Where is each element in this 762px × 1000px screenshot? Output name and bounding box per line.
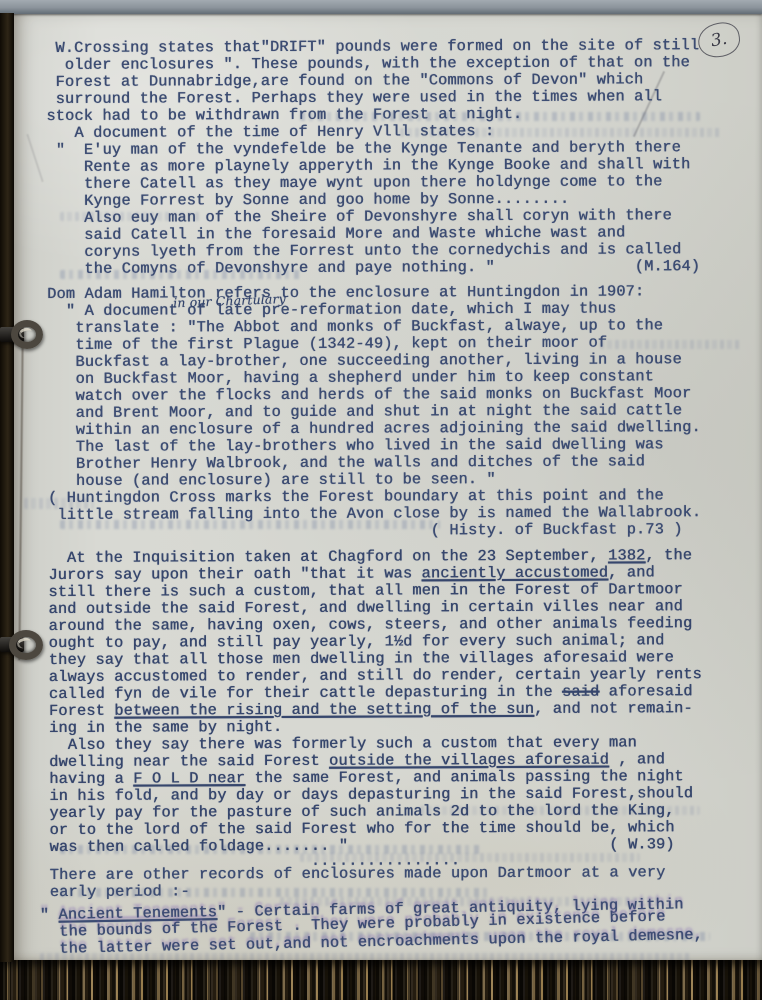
text-segment: the Comyns of Devonshyre and paye nothin… xyxy=(47,257,700,278)
binder-ring-bottom-icon xyxy=(9,630,43,660)
text-segment: ( Histy. of Buckfast p.73 ) xyxy=(48,520,682,541)
emphasized-text: 1382 xyxy=(608,546,645,564)
text-segment: having a xyxy=(49,770,133,788)
photo-of-typewritten-notebook-page: 3. W.Crossing states that"DRIFT" pounds … xyxy=(0,0,762,1000)
binder-board-top-edge xyxy=(0,0,762,14)
text-segment: , and not remain- xyxy=(534,699,693,718)
text-segment: " xyxy=(40,906,59,924)
text-segment: , the xyxy=(645,546,692,564)
page-number-circle: 3. xyxy=(695,20,742,61)
typewritten-page: 3. W.Crossing states that"DRIFT" pounds … xyxy=(8,13,762,962)
page-number: 3. xyxy=(709,29,728,52)
text-line: ( Histy. of Buckfast p.73 ) xyxy=(48,521,701,541)
emphasized-text: said xyxy=(562,683,599,701)
text-line: the Comyns of Devonshyre and paye nothin… xyxy=(47,258,700,278)
woven-fabric-background xyxy=(0,960,762,1000)
emphasized-text: between the rising and the setting of th… xyxy=(114,700,534,720)
text-segment: aforesaid xyxy=(599,682,692,700)
emphasized-text: F O L D near xyxy=(133,769,245,787)
binding-edge xyxy=(0,13,14,962)
binder-ring-top-icon xyxy=(11,320,43,349)
text-segment: , and xyxy=(609,750,665,768)
text-segment: Forest xyxy=(49,702,114,720)
pencil-mark xyxy=(26,134,43,182)
text-segment: , and xyxy=(608,563,655,581)
typewritten-text: W.Crossing states that"DRIFT" pounds wer… xyxy=(46,37,703,958)
text-segment: early period :- xyxy=(50,882,190,901)
emphasized-text: anciently accustomed xyxy=(421,564,608,583)
